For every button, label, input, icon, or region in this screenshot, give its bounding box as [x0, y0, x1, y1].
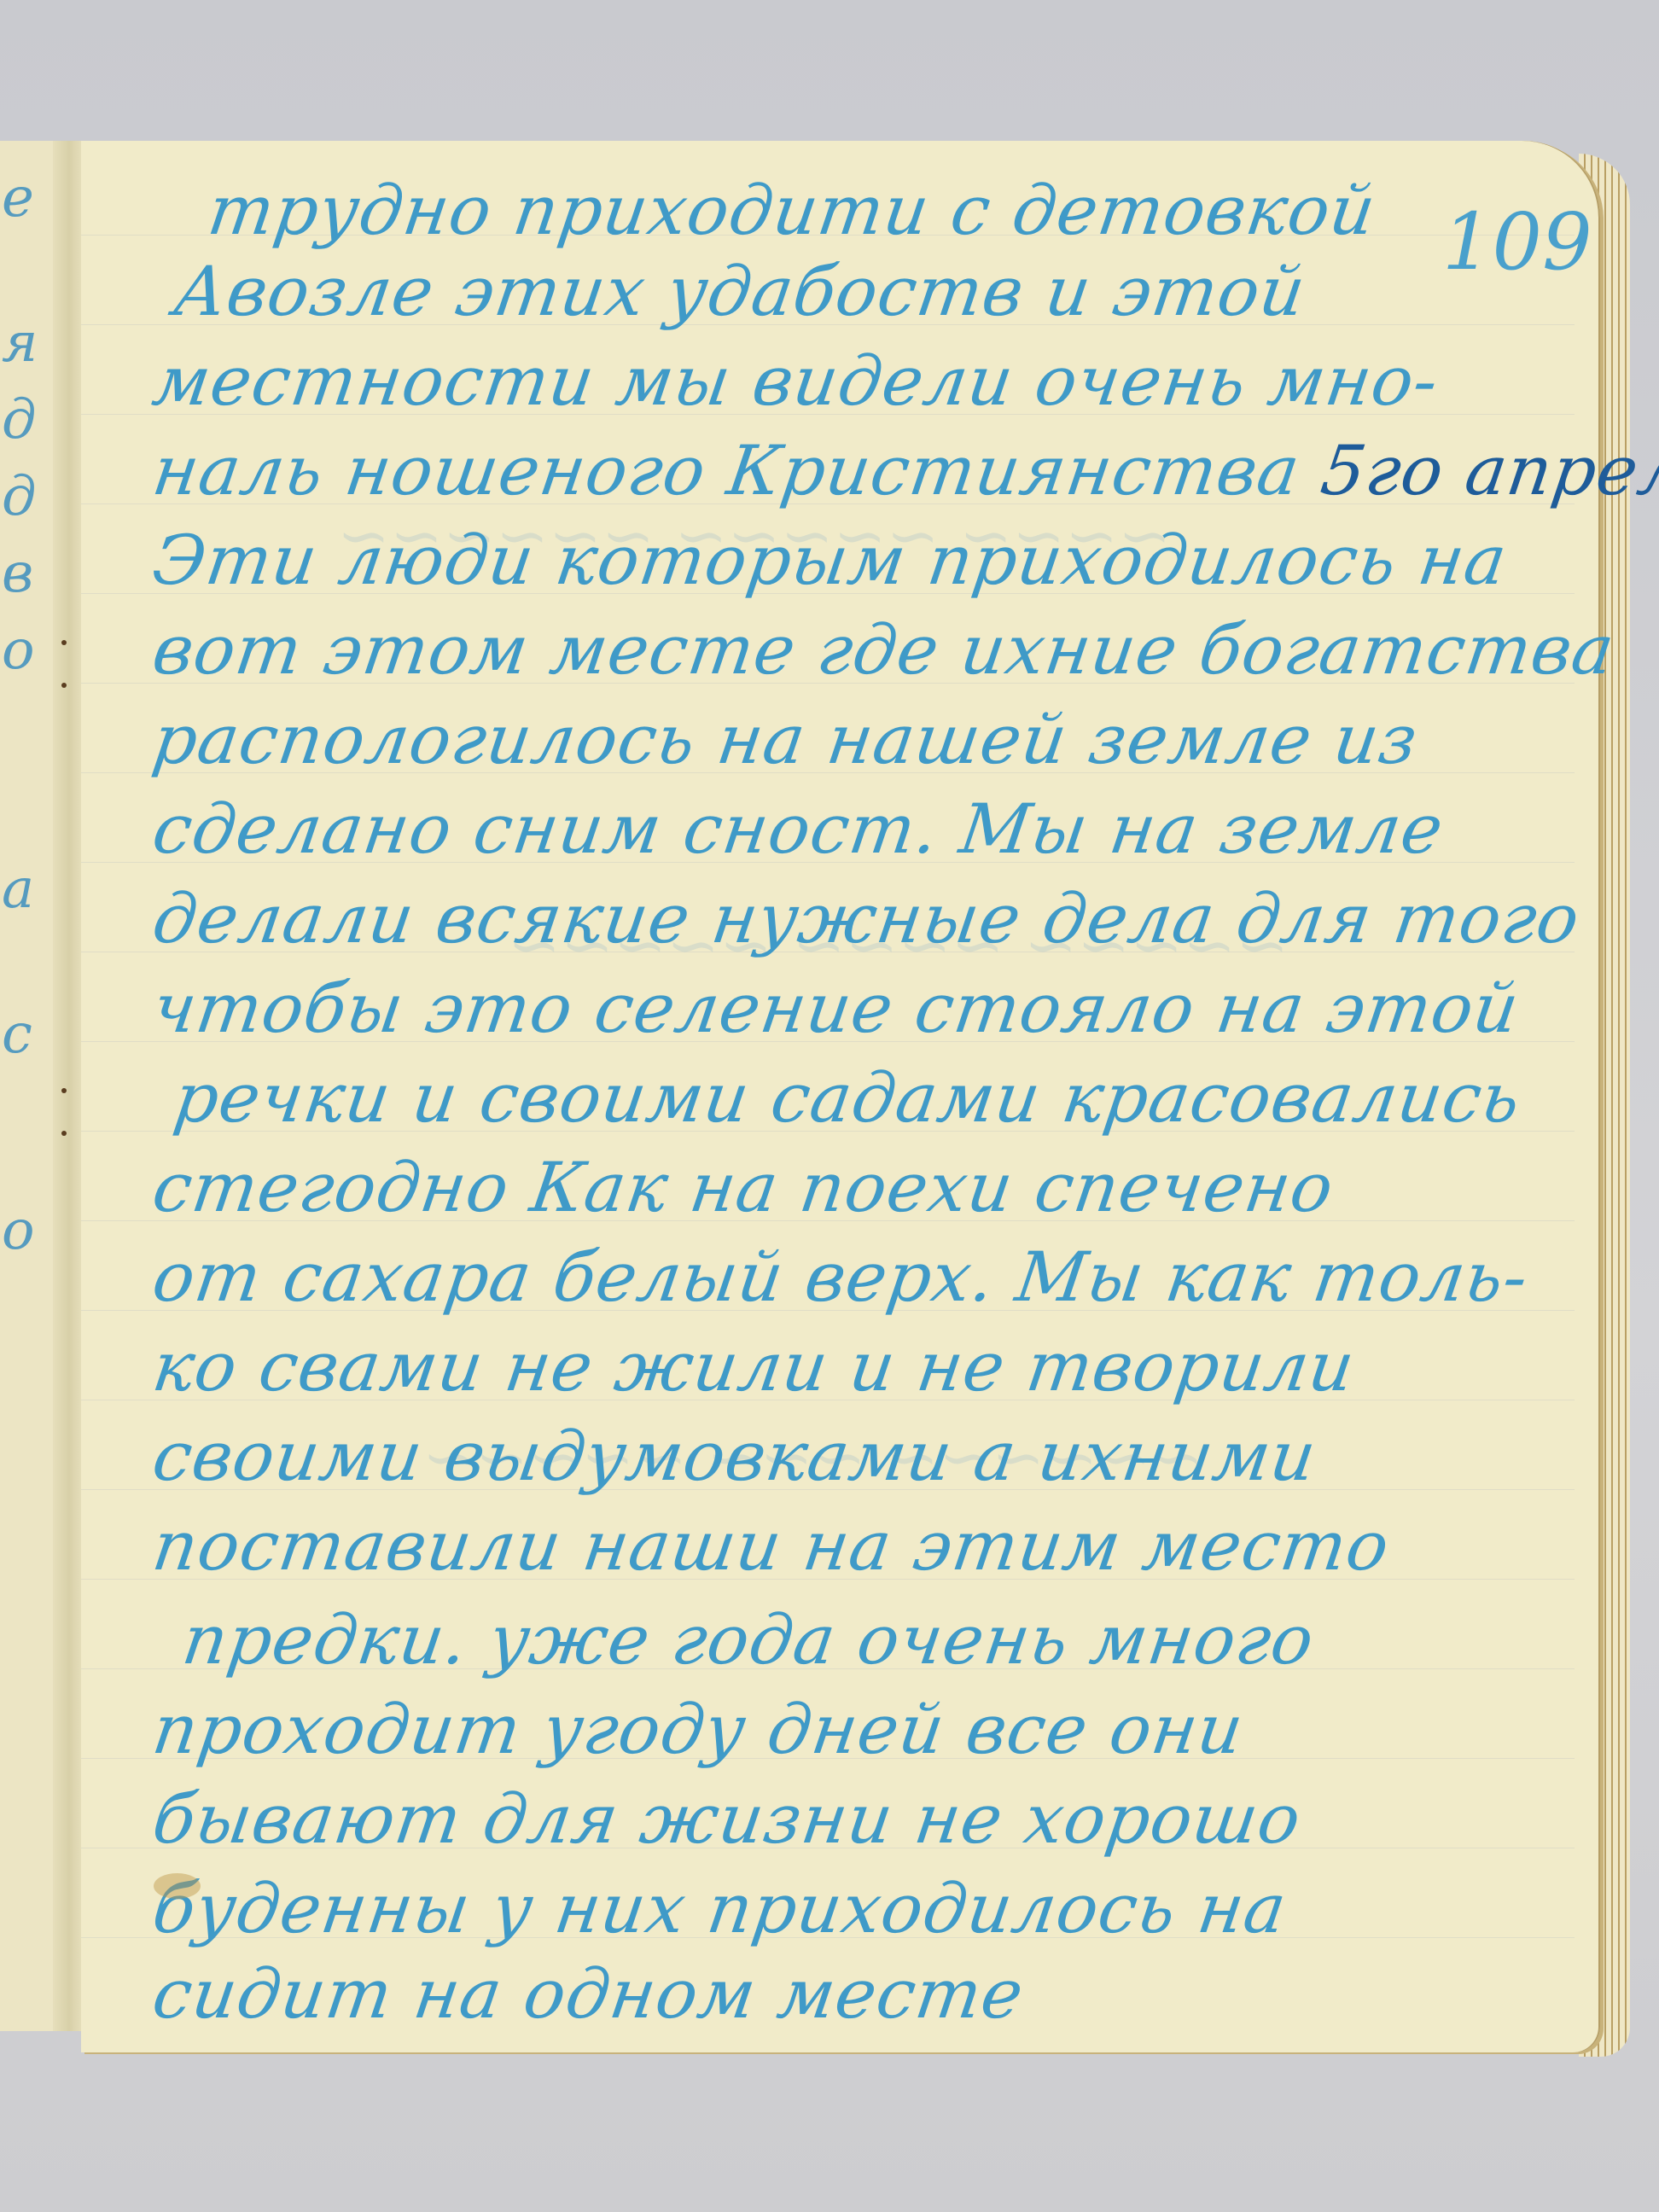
binding-stitch: [61, 683, 67, 688]
paper-stain: [154, 1873, 201, 1899]
handwritten-line: Эти люди которым приходилось на: [148, 521, 1511, 600]
handwritten-line: вот этом месте где ихние богатства: [148, 610, 1619, 690]
handwritten-line: своими выдумовками а ихними: [148, 1417, 1321, 1496]
binding-stitch: [61, 1088, 67, 1093]
handwritten-line: предки. уже года очень много: [178, 1600, 1318, 1679]
handwritten-line: распологилось на нашей земле из: [148, 700, 1423, 779]
handwritten-line: буденны у них приходилось на: [148, 1869, 1291, 1948]
handwritten-line: поставили наши на этим место: [148, 1506, 1394, 1586]
handwritten-line: от сахара белый верх. Мы как толь-: [148, 1237, 1533, 1317]
handwritten-line: Авозле этих удабоств и этой: [169, 252, 1310, 331]
left-page-fragment: я: [2, 311, 38, 375]
handwritten-line: наль ношеного Кристиянства 5го апреля: [148, 431, 1659, 510]
handwritten-line: речки и своими садами красовались: [169, 1058, 1525, 1138]
line-text: наль ношеного Кристиянства: [148, 431, 1305, 510]
handwritten-line: проходит угоду дней все они: [148, 1690, 1249, 1769]
left-page-fragment: с: [2, 1003, 32, 1066]
binding-stitch: [61, 1131, 67, 1136]
left-page-fragment: а: [2, 858, 34, 921]
handwritten-line: трудно приходити с детовкой: [203, 171, 1380, 250]
left-page-fragment: в: [2, 542, 33, 605]
left-page-fragment: о: [2, 619, 35, 682]
notebook-page: ~~~~ ~~~~~ ~~~~~~ ~~~~~ ~~~~ ~~~~~ ~~~~~…: [81, 141, 1600, 2052]
handwritten-line: бывают для жизни не хорошо: [148, 1779, 1306, 1859]
left-page-fragment: д: [2, 388, 37, 451]
handwritten-line: сделано сним сност. Мы на земле: [148, 789, 1448, 869]
handwritten-line: сидит на одном месте: [148, 1954, 1028, 2034]
left-page-fragment: е: [2, 166, 34, 230]
page-number: 109: [1442, 196, 1592, 288]
left-page-fragment: о: [2, 1199, 35, 1262]
binding-stitch: [61, 640, 67, 645]
handwritten-line: местности мы видели очень мно-: [148, 341, 1443, 421]
date-note: 5го апреля: [1317, 431, 1659, 510]
handwritten-line: ко свами не жили и не творили: [148, 1327, 1359, 1406]
left-page-fragment: д: [2, 465, 37, 528]
handwritten-line: чтобы это селение стояло на этой: [148, 969, 1523, 1048]
handwritten-line: стегодно Как на поехи спечено: [148, 1148, 1338, 1227]
handwritten-line: делали всякие нужные дела для того: [148, 879, 1584, 958]
